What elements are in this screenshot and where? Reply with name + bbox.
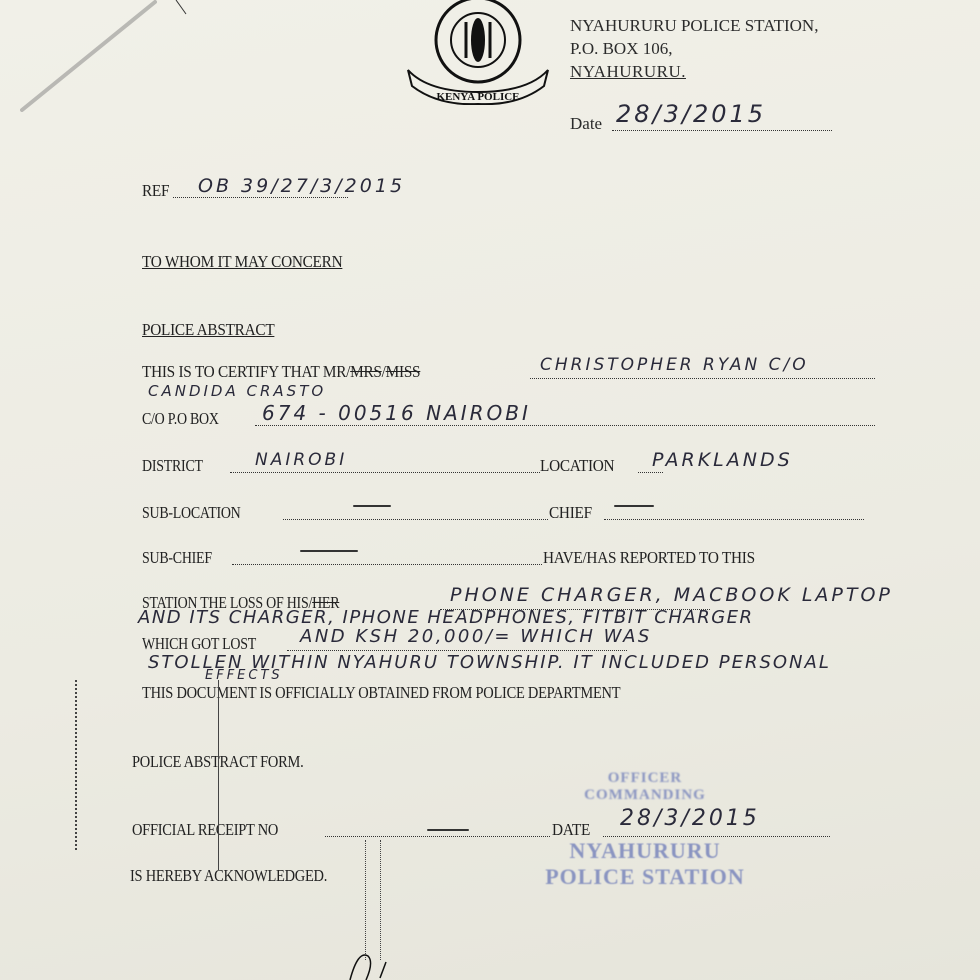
chief-value[interactable] [614, 505, 654, 507]
acknowledged-text: IS HEREBY ACKNOWLEDGED. [130, 866, 327, 886]
stamp-line-1: OFFICER COMMANDING [545, 770, 745, 804]
station-town: NYAHURURU. [570, 62, 686, 82]
ref-value[interactable]: OB 39/27/3/2015 [198, 175, 405, 197]
location-label: LOCATION [540, 456, 614, 476]
sub-location-dots [283, 519, 548, 520]
loss-line-1[interactable]: PHONE CHARGER, MACBOOK LAPTOP [450, 584, 893, 606]
district-dots [230, 472, 540, 473]
which-lost-dots [287, 650, 627, 651]
date-label: Date [570, 114, 602, 134]
date-value[interactable]: 28/3/2015 [616, 100, 766, 128]
ref-dots [173, 197, 348, 198]
pencil-smudge [0, 0, 200, 130]
certify-label-text: THIS IS TO CERTIFY THAT MR/ [142, 362, 350, 381]
loss-line-3[interactable]: AND KSH 20,000/= WHICH WAS [300, 626, 652, 647]
po-box-label: C/O P.O BOX [142, 409, 219, 429]
date-dots [612, 130, 832, 131]
receipt-date-label: DATE [552, 820, 590, 840]
ref-label: REF [142, 181, 169, 201]
signature-icon [340, 950, 400, 980]
certify-struck-mrs: MRS [350, 362, 382, 381]
kenya-police-emblem-icon: KENYA POLICE [398, 0, 558, 105]
name-value[interactable]: CHRISTOPHER RYAN C/O [540, 355, 809, 375]
reported-label: HAVE/HAS REPORTED TO THIS [543, 548, 755, 568]
station-box: P.O. BOX 106, [570, 39, 673, 59]
stamp-line-3: POLICE STATION [545, 864, 745, 890]
which-lost-label: WHICH GOT LOST [142, 634, 256, 654]
name-value-line2[interactable]: CANDIDA CRASTO [148, 382, 326, 400]
station-name: NYAHURURU POLICE STATION, [570, 16, 818, 36]
receipt-date-value[interactable]: 28/3/2015 [620, 806, 760, 831]
location-dots [638, 472, 663, 473]
po-box-dots [255, 425, 875, 426]
svg-text:KENYA POLICE: KENYA POLICE [436, 91, 519, 103]
salutation: TO WHOM IT MAY CONCERN [142, 252, 342, 272]
chief-label: CHIEF [549, 503, 592, 523]
stamp-line-2: NYAHURURU [545, 838, 745, 864]
receipt-label: OFFICIAL RECEIPT NO [132, 820, 278, 840]
sub-location-value[interactable] [353, 505, 391, 507]
receipt-value[interactable] [427, 829, 469, 831]
district-value[interactable]: NAIROBI [255, 450, 347, 470]
sub-location-label: SUB-LOCATION [142, 503, 241, 523]
receipt-date-dots [603, 836, 830, 837]
sub-chief-label: SUB-CHIEF [142, 548, 212, 568]
certify-struck-miss: MISS [386, 362, 421, 381]
loss-line-5[interactable]: EFFECTS [205, 668, 283, 683]
crease-line [75, 680, 77, 850]
name-dots [530, 378, 875, 379]
crease-line [380, 840, 381, 960]
po-box-value[interactable]: 674 - 00516 NAIROBI [262, 401, 531, 425]
district-label: DISTRICT [142, 456, 203, 476]
crease-line [365, 840, 366, 960]
certify-label: THIS IS TO CERTIFY THAT MR/MRS/MISS [142, 362, 420, 382]
location-value[interactable]: PARKLANDS [652, 449, 793, 471]
document-page: KENYA POLICE NYAHURURU POLICE STATION, P… [0, 0, 980, 980]
chief-dots [604, 519, 864, 520]
sub-chief-dots [232, 564, 542, 565]
loss-line-2[interactable]: AND ITS CHARGER, IPHONE HEADPHONES, FITB… [138, 607, 754, 628]
crease-line [218, 680, 219, 870]
receipt-dots [325, 836, 550, 837]
official-statement: THIS DOCUMENT IS OFFICIALLY OBTAINED FRO… [142, 683, 620, 703]
sub-chief-value[interactable] [300, 550, 358, 552]
abstract-heading: POLICE ABSTRACT [142, 320, 274, 340]
